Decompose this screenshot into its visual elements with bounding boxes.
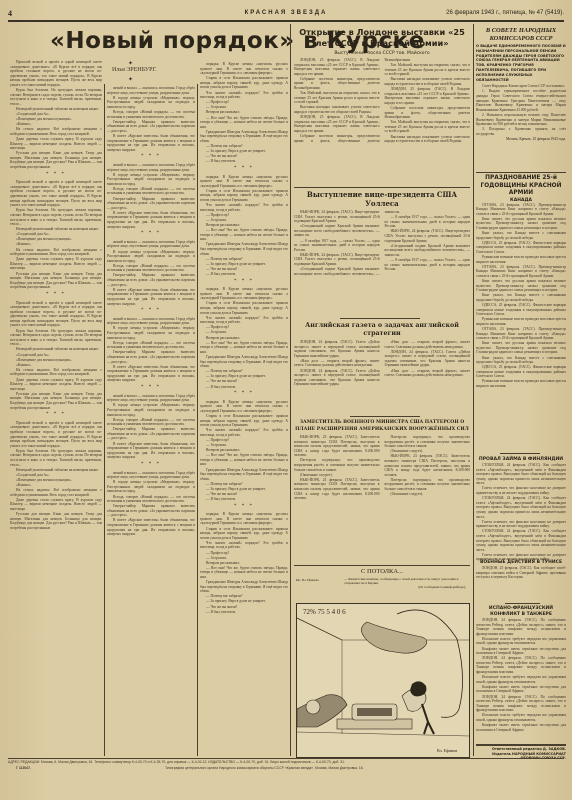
paragraph: — Почему вас забрали? (200, 257, 288, 262)
paragraph: «Сегодняшний подвиг Красной Армии вызыва… (294, 224, 380, 238)
paragraph: ЛОНДОН, 25 февраля. (ТАСС). В Лондоне от… (294, 58, 380, 76)
paragraph: — Что же вы знали? (200, 267, 288, 272)
paragraph: Гражданские Шипуры Александр Алексеевич … (200, 355, 288, 369)
paragraph: ЛОНДОН, 24 февраля. (ТАСС). Газета «Дейл… (294, 340, 380, 358)
paragraph: НЬЮ-ЙОРК, 24 февраля. (ТАСС). Вице-прези… (385, 229, 471, 243)
paragraph: Курск был богатым. На тротуарах лежали к… (10, 88, 102, 106)
paragraph: — Профессор? (200, 438, 288, 443)
section-break: * * * (200, 167, 288, 172)
section-break: * * * (107, 309, 195, 314)
paragraph: 2. Назначить персональную пенсию отцу Па… (476, 113, 566, 127)
paragraph: Вечером рассказывал: (200, 561, 288, 566)
paragraph: (Окончание следует). (385, 492, 471, 497)
article-body: Совет Народных Комиссаров Союза ССР пост… (476, 84, 566, 136)
paragraph: Паттерсон подчеркнул, что производство в… (385, 435, 471, 449)
paragraph: В городе немцы устроили «Медвежью» тюрьм… (107, 326, 195, 340)
paragraph: ЛОНДОН, 24 февраля. (ТАСС). По сообщению… (476, 695, 566, 713)
paragraph: В газете «Курские известия» были объявле… (107, 365, 195, 383)
paragraph: Вечером рассказывал: (200, 448, 288, 453)
section-break: * * * (107, 232, 195, 237)
paragraph: — Почему вас забрали? (200, 594, 288, 599)
paragraph: На стенах надписи. Всё изображено немцам… (10, 488, 102, 497)
paragraph: «Наш долг — открыть второй фронт», пишет… (294, 359, 380, 368)
paragraph: Вечером рассказывал: (200, 223, 288, 228)
article-headline: В СОВЕТЕ НАРОДНЫХ КОМИССАРОВ СССР (476, 27, 566, 42)
paragraph: — 8 октября 1917 года, — сказал Уоллес, … (294, 239, 380, 253)
paragraph: жений и вокзал — оказались затоплены. Го… (107, 86, 195, 95)
section-break: * * * (200, 392, 288, 397)
paragraph: «Сегодняшний подвиг Красной Армии вызыва… (385, 244, 471, 258)
paragraph: Всегда, говорит «Новый порядок» — это си… (107, 264, 195, 273)
paragraph: Русским для немцев. Кино для немцев. Теа… (10, 151, 102, 169)
article-headline: Выступление вице-президента США Уоллеса (294, 190, 470, 208)
paragraph: Паттерсон подчеркнул, что производство в… (385, 478, 471, 492)
paragraph: (Окончание следует). (294, 473, 380, 478)
paragraph: — Астроном. (200, 556, 288, 561)
paragraph: СТОКГОЛЬМ, 24 февраля. (ТАСС). Как сообщ… (476, 463, 566, 486)
paragraph: Всегда, говорит «Новый порядок» — это си… (107, 187, 195, 196)
paragraph: порядка. В Курске немцы «научили» русски… (200, 175, 288, 189)
paragraph: Паттерсон подчеркнул, что производство в… (294, 458, 380, 472)
paragraph: ЛОНДОН, 24 февраля. (ТАСС). Газета «Дейл… (294, 369, 380, 387)
paragraph: Кинг указал, что Канада вместе с союзник… (476, 231, 566, 240)
paragraph: Испанские власти требуют передачи им упр… (476, 713, 566, 722)
paragraph: — За присягу. Вера в душе не умирает. (200, 599, 288, 604)
paragraph: — Вот они! Что же, будем считать звёзды.… (200, 116, 288, 130)
main-article-column-2: жений и вокзал — оказались затоплены. Го… (107, 86, 195, 756)
masthead-rule (8, 20, 564, 22)
ornament-bottom: ✦ (128, 76, 133, 83)
paragraph: Тов. Майский, выступая на открытии, сказ… (385, 63, 471, 77)
paragraph: Собрание посетили министры, представител… (294, 77, 380, 91)
paragraph: Всегда, говорит «Новый порядок» — это си… (107, 495, 195, 504)
cartoon-drawing-icon: 72% 75 5 4 0 6 Вл. Ефимов (297, 604, 469, 757)
paragraph: «Наш долг — открыть второй фронт», пишет… (385, 340, 471, 349)
paragraph: «Наш долг — открыть второй фронт», пишет… (385, 369, 471, 378)
paragraph: — 8 октября 1917 года, — сказал Уоллес, … (385, 215, 471, 229)
paragraph: НЬЮ-ЙОРК, 24 февраля. (ТАСС). Вице-прези… (294, 253, 380, 267)
paragraph: СТОКГОЛЬМ, 24 февраля. (ТАСС). Как сообщ… (476, 496, 566, 519)
section-break: * * * (10, 173, 102, 178)
article-finland-failure: ПРОВАЛ ЗАЙМА В ФИНЛЯНДИИ СТОКГОЛЬМ, 24 ф… (476, 457, 566, 563)
paragraph: В городе немцы устроили «Медвежью» тюрьм… (107, 403, 195, 417)
paragraph: — Что же вы знали? (200, 605, 288, 610)
column-divider (290, 24, 291, 756)
paragraph: Кинг пишет, что русская армия показала в… (476, 341, 566, 355)
editorial-cartoon: 72% 75 5 4 0 6 Вл. Ефимов (296, 603, 470, 758)
paragraph: Газета отмечает, что финское население н… (476, 520, 566, 529)
paragraph: Даже деревья стали служить врагу. В курс… (10, 137, 102, 151)
paragraph: — Астроном. (200, 105, 288, 110)
paragraph: В газете «Курские известия» были объявле… (107, 518, 195, 536)
paragraph: Что значит «новый» порядок? Это грабёж и… (200, 541, 288, 550)
paragraph: «Казино». (10, 363, 102, 368)
article-body: ЛОНДОН, 25 февраля. (ТАСС). Как сообщает… (476, 566, 566, 580)
paragraph: порядка. В Курске немцы «научили» русски… (200, 62, 288, 76)
paragraph: ЛОНДОН, 25 февраля. (ТАСС). В Лондоне от… (294, 115, 380, 133)
paragraph: Русским для немцев. Кино для немцев. Теа… (10, 512, 102, 530)
article-london-exhibition: Открытие в Лондоне выставки «25 лет СССР… (294, 27, 470, 198)
cartoon-quote: — Фашистские шпионы, сообщающие о своей … (344, 577, 470, 585)
section-rule (476, 172, 566, 173)
paragraph: Даже деревья стали служить врагу. В курс… (10, 257, 102, 271)
paragraph: Прошлой весной я прочёл в одной немецкой… (10, 60, 102, 88)
paragraph: — Астроном. (200, 218, 288, 223)
paragraph: «Помещение для военнослужащих». (10, 478, 102, 483)
paragraph: Русским для немцев. Кино для немцев. Теа… (10, 272, 102, 290)
paragraph: Курск был богатым. На тротуарах лежали к… (10, 449, 102, 467)
section-rule (294, 187, 470, 188)
paragraph: В газете «Курские известия» были объявле… (107, 442, 195, 460)
paragraph: Что значит «новый» порядок? Это грабёж и… (200, 91, 288, 100)
paragraph: — Что же вы знали? (200, 154, 288, 159)
paragraph: — Я был учителем. (200, 159, 288, 164)
paragraph: В газете «Курские известия» были объявле… (107, 211, 195, 229)
paragraph: «Помещение для военнослужащих». (10, 117, 102, 122)
paragraph: Прошлой весной я прочёл в одной немецкой… (10, 180, 102, 208)
paragraph: В городе немцы устроили «Медвежью» тюрьм… (107, 96, 195, 110)
paragraph: «Солдатский дом №». (10, 353, 102, 358)
paragraph: жений и вокзал — оказались затоплены. Го… (107, 317, 195, 326)
paragraph: — За присягу. Вера в душе не умирает. (200, 149, 288, 154)
article-headline: ПРАЗДНОВАНИЕ 25-й ГОДОВЩИНЫ КРАСНОЙ АРМИ… (476, 175, 566, 198)
article-subtitle: О ВЫДАЧЕ ЕДИНОВРЕМЕННОГО ПОСОБИЯ И НАЗНА… (476, 44, 566, 82)
editor-rule (476, 744, 566, 746)
paragraph: В городе немцы устроили «Медвежью» тюрьм… (107, 250, 195, 264)
paragraph: Русским для немцев. Кино для немцев. Теа… (10, 392, 102, 410)
paragraph: Даже деревья стали служить врагу. В курс… (10, 378, 102, 392)
paragraph: Немецкий указательный табличке на немецк… (10, 227, 102, 232)
paragraph: «Помещение для военнослужащих». (10, 237, 102, 242)
column-divider (473, 24, 474, 756)
paragraph: Тов. Майский, выступая на открытии, сказ… (385, 120, 471, 134)
paragraph: ЛОНДОН, 24 февраля. (ТАСС). По сообщению… (476, 656, 566, 674)
svg-text:Вл. Ефимов: Вл. Ефимов (437, 748, 457, 753)
paragraph: Что значит «новый» порядок? Это грабёж и… (200, 316, 288, 325)
paragraph: ОТТАВА, 23 февраля. (ТАСС). Премьер-мини… (476, 265, 566, 279)
paragraph: Курск был богатым. На тротуарах лежали к… (10, 208, 102, 226)
paragraph: Генерал-майор Маркова приказал вывесить … (107, 120, 195, 134)
paragraph: В городе немцы устроили «Медвежью» тюрьм… (107, 480, 195, 494)
paragraph: Испанские власти требуют передачи им упр… (476, 675, 566, 684)
paragraph: В городе немцы устроили «Медвежью» тюрьм… (107, 173, 195, 187)
paragraph: ЛОНДОН, 25 февраля. (ТАСС). В Лондоне от… (385, 87, 471, 105)
paragraph: НЬЮ-ЙОРК, 23 февраля. (ТАСС). Заместител… (385, 454, 471, 477)
article-tunisia: ВОЕННЫЕ ДЕЙСТВИЯ В ТУНИСЕ ЛОНДОН, 25 фев… (476, 560, 566, 580)
paragraph: порядка. В Курске немцы «научили» русски… (200, 512, 288, 526)
paragraph: — Я был учителем. (200, 272, 288, 277)
paragraph: НЬЮ-ЙОРК, 24 февраля. (ТАСС). Вице-прези… (294, 210, 380, 224)
section-break: * * * (107, 386, 195, 391)
paragraph: Всегда, говорит «Новый порядок» — это си… (107, 418, 195, 427)
paragraph: Газета отмечает, что финское население н… (476, 486, 566, 495)
paragraph: «Солдатский дом №». (10, 112, 102, 117)
article-tangier-conflict: ИСПАНО-ФРАНЦУЗСКИЙ КОНФЛИКТ В ТАНЖЕРЕ ЛО… (476, 606, 566, 744)
section-rule (350, 416, 420, 417)
paragraph: Румынские военные власти проводят массов… (476, 317, 566, 326)
paragraph: Гражданские Шипуры Александр Алексеевич … (200, 580, 288, 594)
paragraph: порядка. В Курске немцы «научили» русски… (200, 400, 288, 414)
paragraph: — Астроном. (200, 330, 288, 335)
paragraph: — За присягу. Вера в душе не умирает. (200, 262, 288, 267)
paragraph: Немецкий указательный табличке на немецк… (10, 347, 102, 352)
paragraph: Кинг пишет, что русская армия показала в… (476, 279, 566, 293)
article-body: СТОКГОЛЬМ, 24 февраля. (ТАСС). Как сообщ… (476, 463, 566, 563)
cartoon-credit: Рис. Вл. Ефимова (296, 578, 319, 582)
paragraph: ОТТАВА, 23 февраля. (ТАСС). Премьер-мини… (476, 203, 566, 217)
article-body: НЬЮ-ЙОРК, 24 февраля. (ТАСС). Вице-прези… (294, 210, 470, 322)
column-divider (104, 84, 105, 756)
section-rule (294, 565, 470, 566)
paragraph: ОДЕССА, 25 февраля. (ТАСС). Фашистские в… (476, 365, 566, 379)
paragraph: Прошлой весной я прочёл в одной немецкой… (10, 301, 102, 329)
paragraph: Генерал-майор Маркова приказал вывесить … (107, 427, 195, 441)
masthead: 4 КРАСНАЯ ЗВЕЗДА 26 февраля 1943 г., пят… (8, 8, 564, 20)
paragraph: — Профессор? (200, 551, 288, 556)
section-break: * * * (10, 293, 102, 298)
paragraph: В газете «Курские известия» были объявле… (107, 134, 195, 152)
paragraph: — Астроном. (200, 443, 288, 448)
section-rule (505, 603, 540, 604)
svg-text:72% 75 5 4 0 6: 72% 75 5 4 0 6 (303, 608, 346, 616)
paragraph: СТОКГОЛЬМ, 24 февраля. (ТАСС). Как сообщ… (476, 529, 566, 552)
paragraph: — Почему вас забрали? (200, 369, 288, 374)
newspaper-page: 4 КРАСНАЯ ЗВЕЗДА 26 февраля 1943 г., пят… (0, 0, 572, 800)
cartoon-source: (Из сообщения Совинформбюро). (294, 585, 466, 589)
paragraph: жений и вокзал — оказались затоплены. Го… (107, 471, 195, 480)
paragraph: — Я был учителем. (200, 610, 288, 615)
article-body: ЛОНДОН, 24 февраля. (ТАСС). По сообщению… (476, 618, 566, 744)
paragraph: 1. Выдать единовременное пособие родител… (476, 89, 566, 112)
paragraph: — Вот они! Что же, будем считать звёзды.… (200, 228, 288, 242)
paragraph: — Почему вас забрали? (200, 482, 288, 487)
paragraph: Румынские военные власти проводят массов… (476, 379, 566, 388)
article-english-newspaper: Английская газета о задачах английской с… (294, 322, 470, 420)
paragraph: Конфликт может иметь серьёзные последств… (476, 647, 566, 656)
paragraph: «Казино». (10, 122, 102, 127)
paragraph: «Солдатский дом №». (10, 473, 102, 478)
paragraph: Генерал-майор Маркова приказал вывесить … (107, 504, 195, 518)
paragraph: НЬЮ-ЙОРК, 23 февраля. (ТАСС). Заместител… (294, 435, 380, 458)
paragraph: Вечером рассказывал: (200, 110, 288, 115)
paragraph: Старик в селе Ильинском рассказывает: пр… (200, 301, 288, 315)
paragraph: Совет Народных Комиссаров Союза ССР пост… (476, 84, 566, 89)
paragraph: ЛОНДОН, 24 февраля. (ТАСС). Газета «Дейл… (385, 350, 471, 368)
paragraph: — Профессор? (200, 325, 288, 330)
footer-address: АДРЕС РЕДАКЦИИ: Москва, 6, Малая Дмитров… (8, 760, 564, 764)
section-break: * * * (10, 413, 102, 418)
issue-date: 26 февраля 1943 г., пятница, № 47 (5419)… (446, 10, 564, 16)
paragraph: — Вот они! Что же, будем считать звёзды.… (200, 453, 288, 467)
paragraph: Собрание посетили министры, представител… (385, 106, 471, 120)
main-article-column-3: порядка. В Курске немцы «научили» русски… (200, 62, 288, 756)
footer-rule (8, 758, 564, 759)
paragraph: «Помещение для военнослужащих». (10, 358, 102, 363)
paragraph: ОДЕССА, 25 февраля. (ТАСС). Фашистские в… (476, 303, 566, 317)
paragraph: Что значит «новый» порядок? Это грабёж и… (200, 428, 288, 437)
byline: Илья ЭРЕНБУРГ. (112, 67, 157, 73)
paragraph: Всегда, говорит «Новый порядок» — это си… (107, 110, 195, 119)
paragraph: жений и вокзал — оказались затоплены. Го… (107, 163, 195, 172)
paragraph: НЬЮ-ЙОРК, 23 февраля. (ТАСС). Заместител… (294, 478, 380, 501)
paragraph: Генерал-майор Маркова приказал вывесить … (107, 350, 195, 364)
paragraph: Кинг указал, что Канада вместе с союзник… (476, 356, 566, 365)
article-sovnarkom: В СОВЕТЕ НАРОДНЫХ КОМИССАРОВ СССР О ВЫДА… (476, 27, 566, 141)
article-headline: ИСПАНО-ФРАНЦУЗСКИЙ КОНФЛИКТ В ТАНЖЕРЕ (476, 606, 566, 618)
article-body: ЛОНДОН, 25 февраля. (ТАСС). В Лондоне от… (294, 58, 470, 198)
paragraph: На стенах надписи. Всё изображено немцам… (10, 248, 102, 257)
article-body: НЬЮ-ЙОРК, 23 февраля. (ТАСС). Заместител… (294, 435, 470, 563)
paragraph: Генерал-майор Маркова приказал вывесить … (107, 273, 195, 287)
paragraph: — Что же вы знали? (200, 379, 288, 384)
paragraph: На стенах надписи. Всё изображено немцам… (10, 368, 102, 377)
footer-printer: Типография центрального органа Народного… (165, 766, 564, 770)
section-break: * * * (107, 463, 195, 468)
section-break: * * * (200, 505, 288, 510)
paragraph: 3. Похороны т. Кравченко принять на счёт… (476, 127, 566, 136)
article-headline: ЗАМЕСТИТЕЛЬ ВОЕННОГО МИНИСТРА США ПАТТЕР… (294, 420, 470, 433)
paragraph: — Что же вы знали? (200, 492, 288, 497)
paragraph: «Казино». (10, 242, 102, 247)
paragraph: Гражданские Шипуры Александр Алексеевич … (200, 242, 288, 256)
article-canada-celebration: ПРАЗДНОВАНИЕ 25-й ГОДОВЩИНЫ КРАСНОЙ АРМИ… (476, 175, 566, 461)
main-article-column-1: Прошлой весной я прочёл в одной немецкой… (10, 60, 102, 755)
paragraph: жений и вокзал — оказались затоплены. Го… (107, 240, 195, 249)
paragraph: Румынские военные власти проводят массов… (476, 255, 566, 264)
paragraph: — Профессор? (200, 100, 288, 105)
section-rule (340, 318, 420, 319)
paragraph: Гражданские Шипуры Александр Алексеевич … (200, 468, 288, 482)
article-headline: Английская газета о задачах английской с… (294, 322, 470, 338)
paragraph: — За присягу. Вера в душе не умирает. (200, 374, 288, 379)
paragraph: Кинг пишет, что русская армия показала в… (476, 217, 566, 231)
paragraph: — Я был учителем. (200, 497, 288, 502)
section-break: * * * (200, 280, 288, 285)
article-subtitle: Выступление посла СССР тов. Майского (294, 51, 470, 56)
paragraph: Даже деревья стали служить врагу. В курс… (10, 498, 102, 512)
article-body: ОТТАВА, 23 февраля. (ТАСС). Премьер-мини… (476, 203, 566, 461)
section-rule (500, 453, 540, 454)
paragraph: ОДЕССА, 25 февраля. (ТАСС). Фашистские в… (476, 241, 566, 255)
paragraph: Старик в селе Ильинском рассказывает: пр… (200, 527, 288, 541)
paragraph: Генерал-майор Маркова приказал вывесить … (107, 197, 195, 211)
paragraph: Выставка наглядно показывает успехи сове… (385, 77, 471, 86)
paragraph: порядка. В Курске немцы «научили» русски… (200, 287, 288, 301)
paragraph: Гражданские Шипуры Александр Алексеевич … (200, 130, 288, 144)
paragraph: Всегда, говорит «Новый порядок» — это си… (107, 341, 195, 350)
paragraph: Выставка наглядно показывает успехи сове… (294, 105, 380, 114)
paragraph: Конфликт может иметь серьёзные последств… (476, 685, 566, 694)
paragraph: В газете «Курские известия» были объявле… (107, 288, 195, 306)
paragraph: — 8 октября 1917 года, — сказал Уоллес, … (385, 258, 471, 272)
paragraph: «Солдатский дом №». (10, 232, 102, 237)
paragraph: — Профессор? (200, 213, 288, 218)
paragraph: Старик в селе Ильинском рассказывает: пр… (200, 76, 288, 90)
paragraph: Курск был богатым. На тротуарах лежали к… (10, 329, 102, 347)
paragraph: — Я был учителем. (200, 385, 288, 390)
paragraph: Испанские власти требуют передачи им упр… (476, 637, 566, 646)
paragraph: — Вот они! Что же, будем считать звёзды.… (200, 341, 288, 355)
paragraph: Старик в селе Ильинском рассказывает: пр… (200, 414, 288, 428)
column-divider (197, 84, 198, 756)
article-patterson-plan: ЗАМЕСТИТЕЛЬ ВОЕННОГО МИНИСТРА США ПАТТЕР… (294, 420, 470, 563)
paragraph: жений и вокзал — оказались затоплены. Го… (107, 394, 195, 403)
cartoon-title: С ПОТОЛКА... (294, 568, 470, 575)
paragraph: Конфликт может иметь серьёзные последств… (476, 723, 566, 732)
paragraph: Вечером рассказывал: (200, 336, 288, 341)
paragraph: Кинг указал, что Канада вместе с союзник… (476, 293, 566, 302)
paragraph: На стенах надписи. Всё изображено немцам… (10, 127, 102, 136)
paragraph: Что значит «новый» порядок? Это грабёж и… (200, 203, 288, 212)
paragraph: — Почему вас забрали? (200, 144, 288, 149)
article-headline: Открытие в Лондоне выставки «25 лет СССР… (294, 27, 470, 49)
article-signoff: Москва, Кремль. 25 февраля 1943 года. (476, 137, 566, 141)
paragraph: Старик в селе Ильинском рассказывает: пр… (200, 189, 288, 203)
paragraph: «Казино». (10, 483, 102, 488)
paragraph: — Вот они! Что же, будем считать звёзды.… (200, 566, 288, 580)
paragraph: ОТТАВА, 23 февраля. (ТАСС). Премьер-мини… (476, 327, 566, 341)
paragraph: Выставка наглядно показывает успехи сове… (385, 135, 471, 144)
ornament-top: ✦ (128, 60, 133, 67)
paragraph: ЛОНДОН, 25 февраля. (ТАСС). Как сообщает… (476, 566, 566, 580)
paragraph: ЛОНДОН, 24 февраля. (ТАСС). По сообщению… (476, 618, 566, 636)
paragraph: Немецкий указательный табличке на немецк… (10, 468, 102, 473)
paragraph: Тов. Майский, выступая на открытии, сказ… (294, 91, 380, 105)
paragraph: — За присягу. Вера в душе не умирает. (200, 487, 288, 492)
paragraph: Немецкий указательный табличке на немецк… (10, 107, 102, 112)
article-body: ЛОНДОН, 24 февраля. (ТАСС). Газета «Дейл… (294, 340, 470, 420)
section-break: * * * (107, 155, 195, 160)
article-wallace-speech: Выступление вице-президента США Уоллеса … (294, 190, 470, 322)
paragraph: Прошлой весной я прочёл в одной немецкой… (10, 421, 102, 449)
cartoon-caption: С ПОТОЛКА... Рис. Вл. Ефимова — Фашистск… (294, 568, 470, 589)
